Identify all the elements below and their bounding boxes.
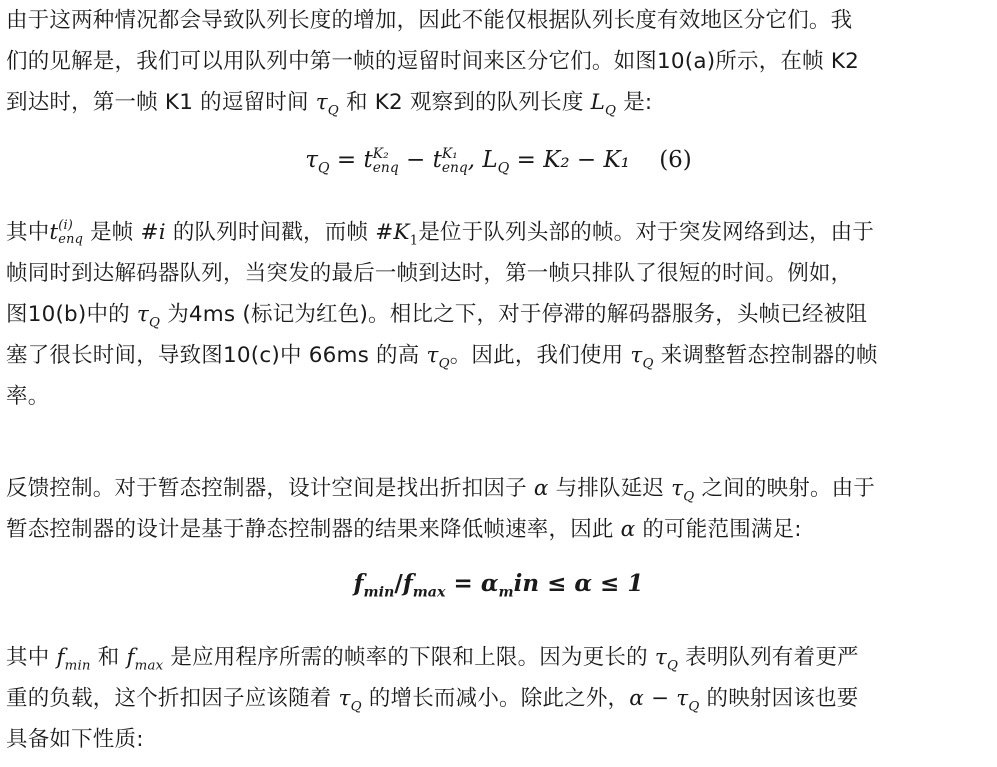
alpha-symbol: = α (446, 570, 499, 597)
p4-line-3: 具备如下性质: (6, 719, 996, 760)
p2-text: 是帧 (83, 220, 140, 245)
tau-symbol: τ (426, 343, 438, 368)
paragraph-4: 其中 fmin 和 fmax 是应用程序所需的帧率的下限和上限。因为更长的 τQ… (6, 637, 996, 760)
f-symbol: f (126, 645, 134, 670)
eq6-equals: = (337, 147, 356, 173)
p2-text: 是位于队列头部的帧。对于突发网络到达，由于 (418, 220, 874, 245)
p2-line-2: 帧同时到达解码器队列，当突发的最后一帧到达时，第一帧只排队了很短的时间。例如， (6, 253, 996, 294)
eq6-tau: τ (305, 147, 318, 173)
slash: / (394, 570, 402, 597)
alpha-tau-expr: α − τ (629, 686, 688, 711)
p1-line-2: 们的见解是，我们可以用队列中第一帧的逗留时间来区分它们。如图10(a)所示，在帧… (6, 41, 996, 82)
range-tail: in ≤ α ≤ 1 (514, 570, 644, 597)
eq6-t2-sub: enq (442, 161, 468, 175)
p2-text: 图10(b)中的 (6, 302, 137, 327)
f-symbol: f (403, 570, 413, 597)
paragraph-3: 反馈控制。对于暂态控制器，设计空间是找出折扣因子 α 与排队延迟 τQ 之间的映… (6, 468, 996, 550)
eq6-t2: t (433, 147, 442, 173)
equation-alpha-range: fmin/fmax = αmin ≤ α ≤ 1 (0, 562, 997, 606)
p2-text: 为4ms (标记为红色)。相比之下，对于停滞的解码器服务，头帧已经被阻 (160, 302, 867, 327)
f-symbol: f (56, 645, 64, 670)
tau-symbol: τ (339, 686, 351, 711)
p2-text: 来调整暂态控制器的帧 (654, 343, 878, 368)
eq6-t2-sup: K₁ (442, 147, 468, 161)
p3-text: 的可能范围满足: (635, 517, 801, 542)
p4-text: 其中 (6, 645, 56, 670)
p1-line-3: 到达时，第一帧 K1 的逗留时间 τQ 和 K2 观察到的队列长度 LQ 是: (6, 82, 996, 123)
f-max-sub: max (413, 585, 446, 601)
hash-k: #K (375, 220, 409, 245)
p4-text: 表明队列有着更严 (678, 645, 859, 670)
equation-6: τQ = tK₂enq − tK₁enq, LQ = K₂ − K₁ (6) (0, 138, 997, 182)
p2-text: 其中 (6, 220, 49, 245)
t-symbol: t (49, 220, 58, 245)
L-symbol: L (591, 90, 605, 115)
p2-line-3: 图10(b)中的 τQ 为4ms (标记为红色)。相比之下，对于停滞的解码器服务… (6, 294, 996, 335)
tau-subscript: Q (439, 356, 450, 371)
tau-subscript: Q (149, 315, 160, 330)
eq6-t1: t (364, 147, 373, 173)
p1-line-1: 由于这两种情况都会导致队列长度的增加，因此不能仅根据队列长度有效地区分它们。我 (6, 0, 996, 41)
alpha-symbol: α (621, 517, 636, 542)
p4-text: 的增长而减小。除此之外， (362, 686, 629, 711)
p2-line-5: 率。 (6, 376, 996, 417)
eq6-t1-sub: enq (373, 161, 399, 175)
p2-text: 。因此，我们使用 (450, 343, 631, 368)
p2-text: 的队列时间戳，而帧 (166, 220, 375, 245)
eq6-t1-sup: K₂ (373, 147, 399, 161)
p4-text: 重的负载，这个折扣因子应该随着 (6, 686, 339, 711)
alpha-sub: m (499, 585, 514, 601)
p1-line-3-text-c: 是: (616, 90, 652, 115)
p3-text: 反馈控制。对于暂态控制器，设计空间是找出折扣因子 (6, 476, 534, 501)
p3-text: 暂态控制器的设计是基于静态控制器的结果来降低帧速率，因此 (6, 517, 621, 542)
paragraph-1: 由于这两种情况都会导致队列长度的增加，因此不能仅根据队列长度有效地区分它们。我 … (6, 0, 996, 123)
f-min-sub: min (364, 585, 395, 601)
alpha-symbol: α (534, 476, 549, 501)
p3-line-1: 反馈控制。对于暂态控制器，设计空间是找出折扣因子 α 与排队延迟 τQ 之间的映… (6, 468, 996, 509)
p4-text: 是应用程序所需的帧率的下限和上限。因为更长的 (163, 645, 654, 670)
eq6-minus: − (406, 147, 425, 173)
p4-line-1: 其中 fmin 和 fmax 是应用程序所需的帧率的下限和上限。因为更长的 τQ… (6, 637, 996, 678)
eq6-rhs: = K₂ − K₁ (509, 147, 630, 173)
p4-text: 的映射因该也要 (699, 686, 858, 711)
eq6-L: , L (468, 147, 498, 173)
f-max-sub: max (135, 658, 164, 673)
tau-subscript: Q (688, 699, 699, 714)
p3-text: 之间的映射。由于 (694, 476, 875, 501)
p4-text: 和 (91, 645, 127, 670)
tau-subscript: Q (642, 356, 653, 371)
tau-symbol: τ (630, 343, 642, 368)
tau-symbol: τ (137, 302, 149, 327)
p3-text: 与排队延迟 (549, 476, 672, 501)
tau-symbol: τ (655, 645, 667, 670)
f-min-sub: min (65, 658, 91, 673)
L-subscript: Q (605, 103, 616, 118)
tau-subscript: Q (351, 699, 362, 714)
p3-line-2: 暂态控制器的设计是基于静态控制器的结果来降低帧速率，因此 α 的可能范围满足: (6, 509, 996, 550)
equation-number: (6) (659, 147, 692, 173)
eq6-tau-sub: Q (318, 161, 330, 177)
tau-subscript: Q (683, 489, 694, 504)
tau-subscript: Q (328, 103, 339, 118)
tau-subscript: Q (667, 658, 678, 673)
paragraph-2: 其中t(i)enq 是帧 #i 的队列时间戳，而帧 #K1是位于队列头部的帧。对… (6, 212, 996, 417)
p1-line-3-text-b: 和 K2 观察到的队列长度 (339, 90, 591, 115)
eq6-L-sub: Q (498, 161, 510, 177)
p2-line-1: 其中t(i)enq 是帧 #i 的队列时间戳，而帧 #K1是位于队列头部的帧。对… (6, 212, 996, 253)
tau-symbol: τ (316, 90, 328, 115)
p4-line-2: 重的负载，这个折扣因子应该随着 τQ 的增长而减小。除此之外，α − τQ 的映… (6, 678, 996, 719)
tau-symbol: τ (671, 476, 683, 501)
p2-line-4: 塞了很长时间，导致图10(c)中 66ms 的高 τQ。因此，我们使用 τQ 来… (6, 335, 996, 376)
t-sub: enq (58, 233, 83, 247)
p2-text: 塞了很长时间，导致图10(c)中 66ms 的高 (6, 343, 426, 368)
f-symbol: f (354, 570, 364, 597)
hash-i: #i (141, 220, 166, 245)
p1-line-3-text-a: 到达时，第一帧 K1 的逗留时间 (6, 90, 316, 115)
t-sup: (i) (58, 219, 83, 233)
